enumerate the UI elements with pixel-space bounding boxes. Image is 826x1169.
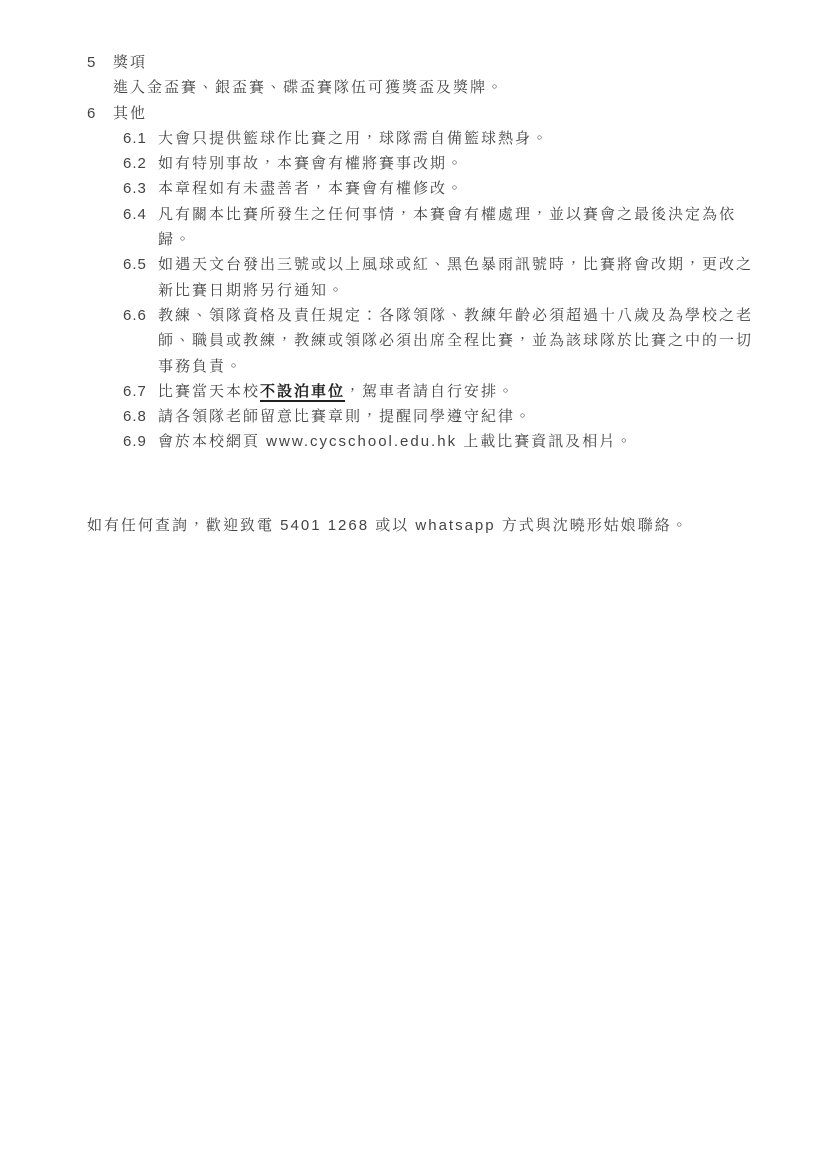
list-item-6-8: 6.8 請各領隊老師留意比賽章則，提醒同學遵守紀律。 <box>87 404 779 429</box>
item-number: 6.8 <box>123 404 158 429</box>
section-body-row: 進入金盃賽、銀盃賽、碟盃賽隊伍可獲獎盃及獎牌。 <box>87 75 779 100</box>
section-number: 5 <box>87 50 113 75</box>
section-title: 獎項 <box>113 50 147 75</box>
section-others: 6 其他 6.1 大會只提供籃球作比賽之用，球隊需自備籃球熱身。 6.2 如有特… <box>87 101 779 455</box>
section-heading-row: 6 其他 <box>87 101 779 126</box>
item-number: 6.9 <box>123 429 158 454</box>
item-number: 6.3 <box>123 176 158 201</box>
item-number: 6.4 <box>123 202 158 227</box>
item-text: 凡有關本比賽所發生之任何事情，本賽會有權處理，並以賽會之最後決定為依歸。 <box>158 202 756 253</box>
section-body-text: 進入金盃賽、銀盃賽、碟盃賽隊伍可獲獎盃及獎牌。 <box>113 75 779 100</box>
item-text: 本章程如有未盡善者，本賽會有權修改。 <box>158 176 756 201</box>
section-number: 6 <box>87 101 113 126</box>
list-item-6-2: 6.2 如有特別事故，本賽會有權將賽事改期。 <box>87 151 779 176</box>
list-item-6-1: 6.1 大會只提供籃球作比賽之用，球隊需自備籃球熱身。 <box>87 126 779 151</box>
list-item-6-9: 6.9 會於本校網頁 www.cycschool.edu.hk 上載比賽資訊及相… <box>87 429 779 454</box>
item-text: 比賽當天本校不設泊車位，駕車者請自行安排。 <box>158 379 756 404</box>
item-text-pre: 比賽當天本校 <box>158 383 260 400</box>
list-item-6-7: 6.7 比賽當天本校不設泊車位，駕車者請自行安排。 <box>87 379 779 404</box>
item-text: 請各領隊老師留意比賽章則，提醒同學遵守紀律。 <box>158 404 756 429</box>
item-text: 大會只提供籃球作比賽之用，球隊需自備籃球熱身。 <box>158 126 756 151</box>
item-number: 6.5 <box>123 252 158 277</box>
section-heading-row: 5 獎項 <box>87 50 779 75</box>
no-parking-emphasis: 不設泊車位 <box>260 383 345 402</box>
document-content: 5 獎項 進入金盃賽、銀盃賽、碟盃賽隊伍可獲獎盃及獎牌。 6 其他 6.1 大會… <box>87 50 779 538</box>
list-item-6-3: 6.3 本章程如有未盡善者，本賽會有權修改。 <box>87 176 779 201</box>
list-item-6-6: 6.6 教練、領隊資格及責任規定：各隊領隊、教練年齡必須超過十八歲及為學校之老師… <box>87 303 779 379</box>
item-text: 教練、領隊資格及責任規定：各隊領隊、教練年齡必須超過十八歲及為學校之老師、職員或… <box>158 303 756 379</box>
item-text: 如有特別事故，本賽會有權將賽事改期。 <box>158 151 756 176</box>
item-number: 6.6 <box>123 303 158 328</box>
section-awards: 5 獎項 進入金盃賽、銀盃賽、碟盃賽隊伍可獲獎盃及獎牌。 <box>87 50 779 101</box>
contact-footer-note: 如有任何查詢，歡迎致電 5401 1268 或以 whatsapp 方式與沈曉形… <box>87 513 779 538</box>
section-title: 其他 <box>113 101 147 126</box>
document-page: 5 獎項 進入金盃賽、銀盃賽、碟盃賽隊伍可獲獎盃及獎牌。 6 其他 6.1 大會… <box>0 0 826 1169</box>
item-text: 如遇天文台發出三號或以上風球或紅、黑色暴雨訊號時，比賽將會改期，更改之新比賽日期… <box>158 252 756 303</box>
list-item-6-5: 6.5 如遇天文台發出三號或以上風球或紅、黑色暴雨訊號時，比賽將會改期，更改之新… <box>87 252 779 303</box>
list-item-6-4: 6.4 凡有關本比賽所發生之任何事情，本賽會有權處理，並以賽會之最後決定為依歸。 <box>87 202 779 253</box>
item-number: 6.7 <box>123 379 158 404</box>
item-text-post: ，駕車者請自行安排。 <box>345 383 515 400</box>
item-number: 6.1 <box>123 126 158 151</box>
item-number: 6.2 <box>123 151 158 176</box>
item-text: 會於本校網頁 www.cycschool.edu.hk 上載比賽資訊及相片。 <box>158 429 756 454</box>
